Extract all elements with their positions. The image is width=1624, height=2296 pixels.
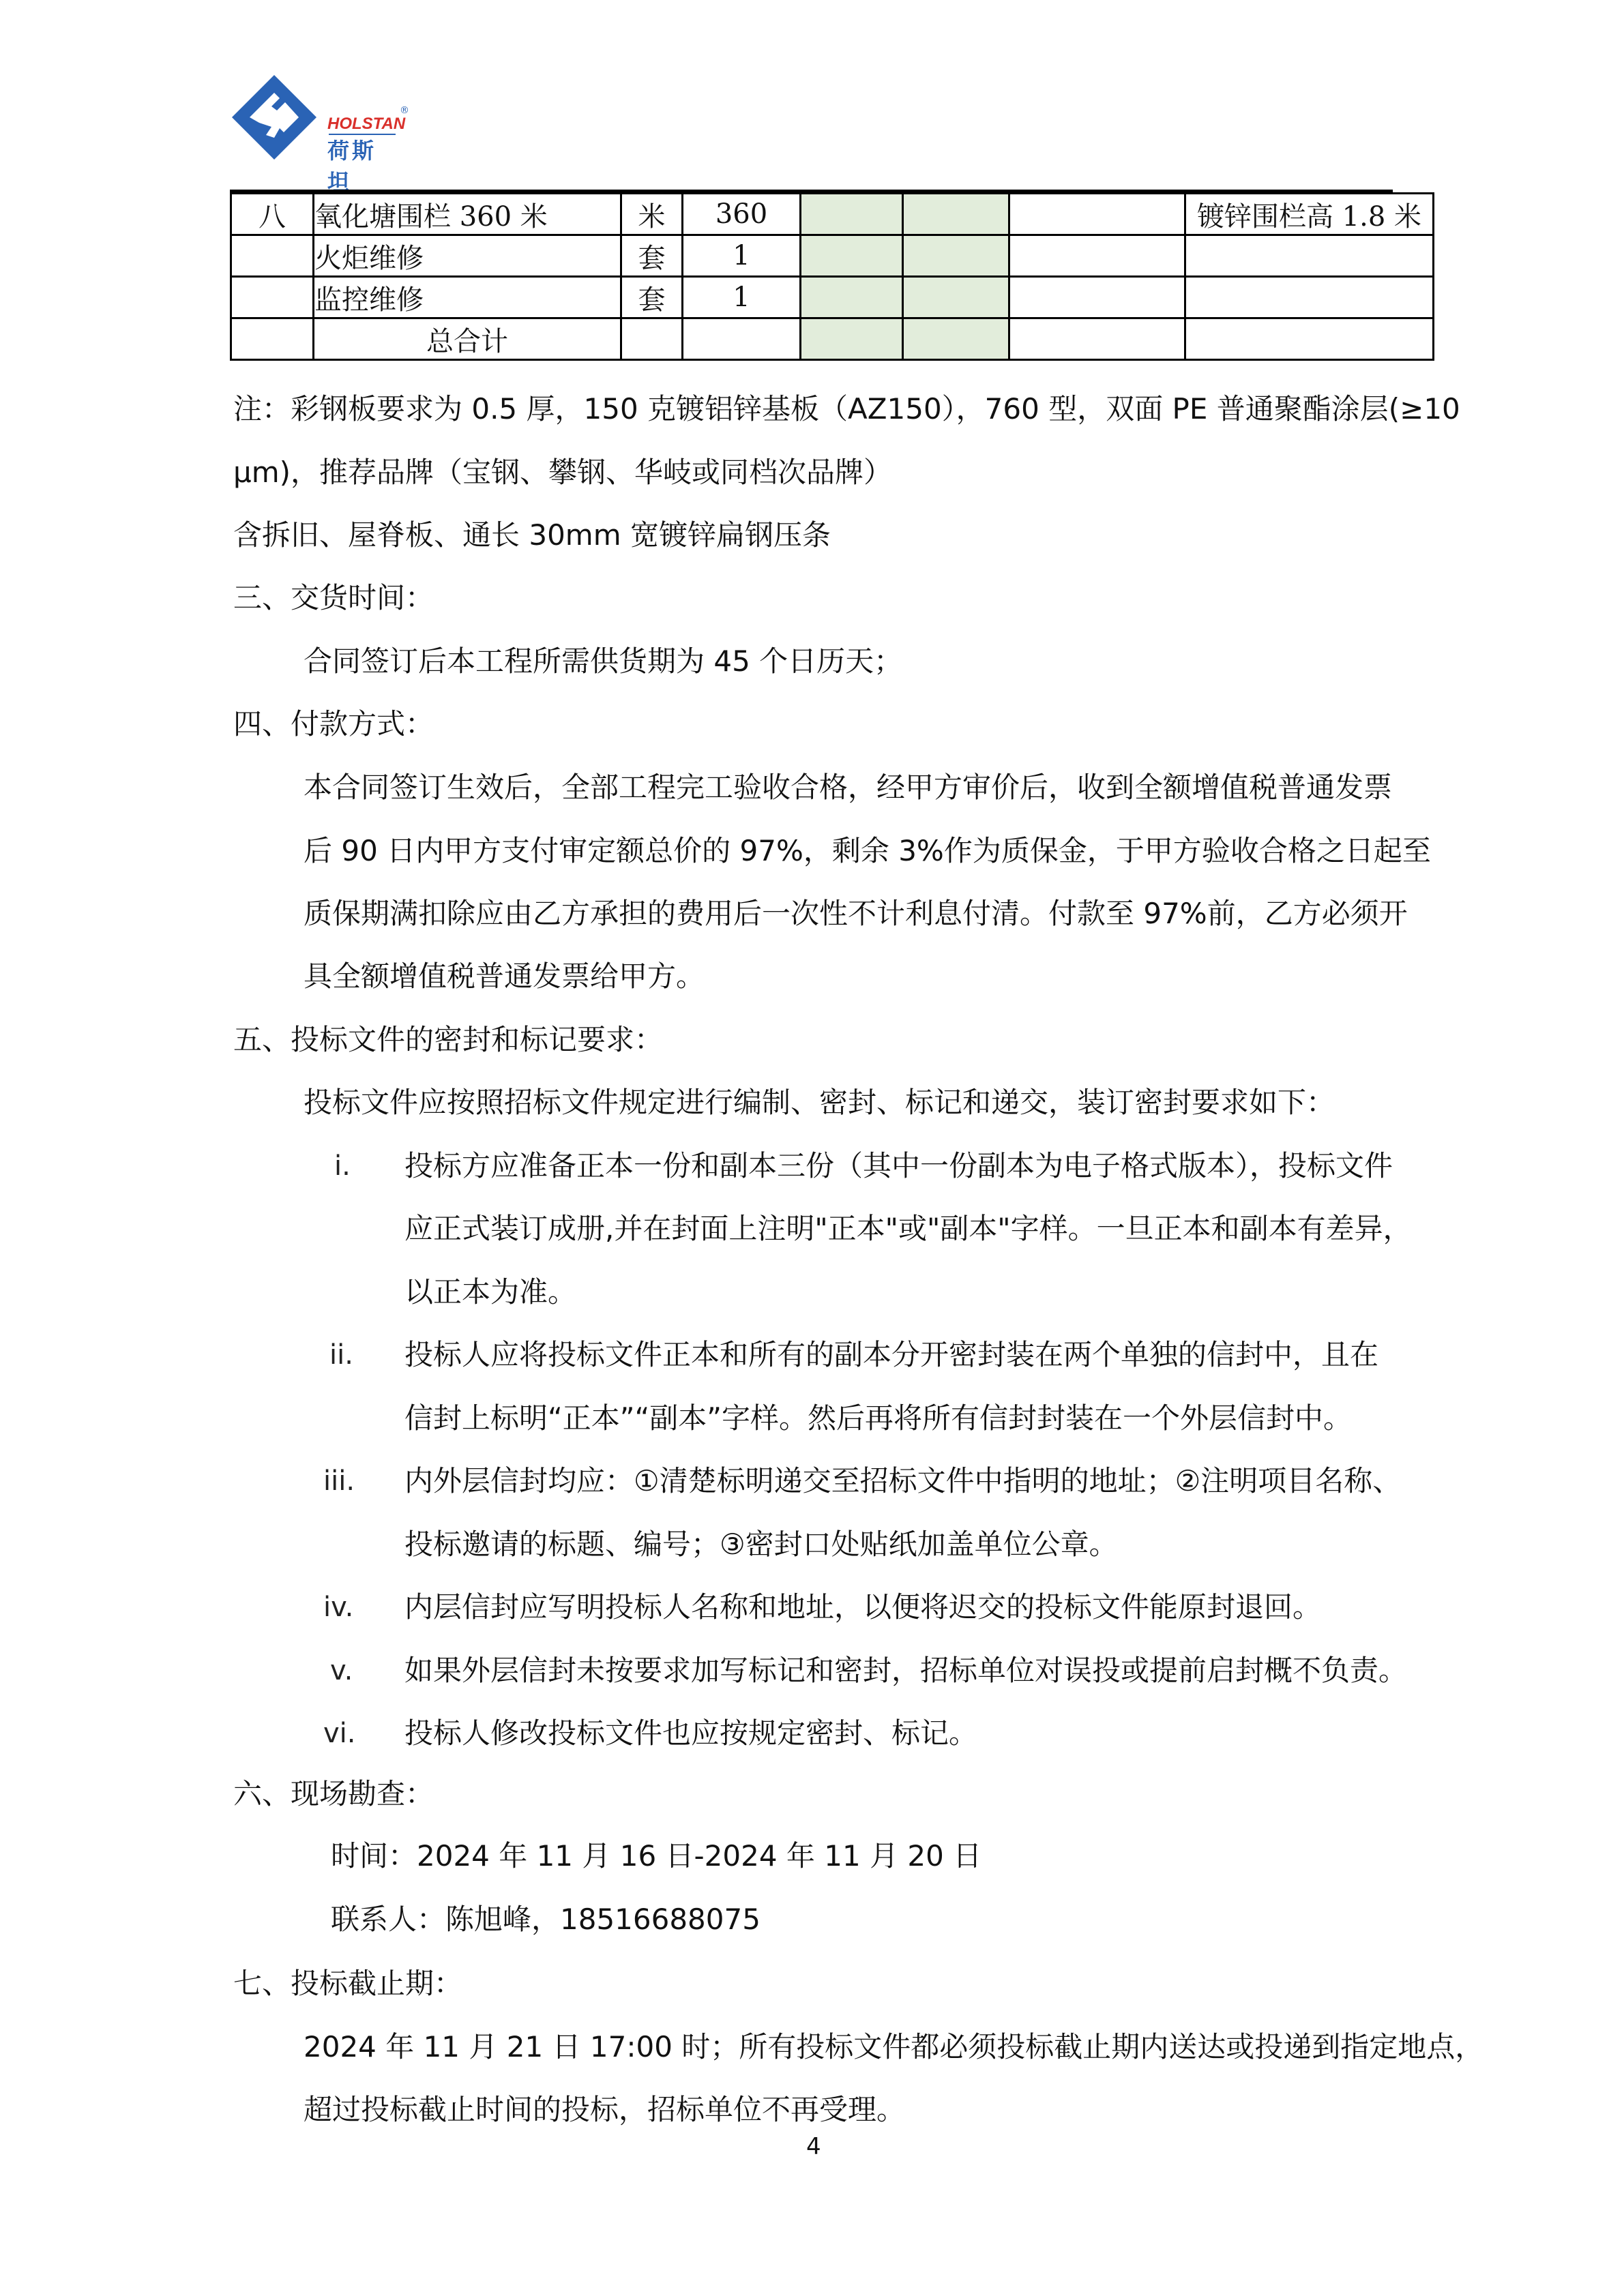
section-heading-deadline: 七、投标截止期： xyxy=(233,1966,462,2001)
cell-unit xyxy=(621,318,683,360)
cell-total-amount[interactable] xyxy=(903,318,1009,360)
list-item-line: 内层信封应写明投标人名称和地址，以便将迟交的投标文件能原封退回。 xyxy=(404,1590,1321,1625)
cell-total-price[interactable] xyxy=(801,318,903,360)
cow-head-logo-icon xyxy=(232,75,334,164)
note-line-1: 注：彩钢板要求为 0.5 厚，150 克镀铝锌基板（AZ150），760 型，双… xyxy=(233,391,1460,427)
cell-quantity xyxy=(683,318,801,360)
delivery-body: 合同签订后本工程所需供货期为 45 个日历天； xyxy=(304,644,902,679)
cell-remark xyxy=(1185,318,1434,360)
note-line-2: μm)，推荐品牌（宝钢、攀钢、华岐或同档次品牌） xyxy=(233,455,892,490)
cell-item-name: 氧化塘围栏 360 米 xyxy=(314,194,621,235)
list-number: iii. xyxy=(323,1463,355,1499)
section-heading-site-visit: 六、现场勘查： xyxy=(233,1776,434,1812)
list-item-line: 如果外层信封未按要求加写标记和密封，招标单位对误投或提前启封概不负责。 xyxy=(404,1653,1407,1688)
cell-quantity: 1 xyxy=(683,235,801,277)
cell-unit: 米 xyxy=(621,194,683,235)
cell-quantity: 1 xyxy=(683,277,801,318)
page-number: 4 xyxy=(806,2133,821,2160)
company-logo: ® HOLSTAN 荷斯坦 xyxy=(232,75,396,164)
cell-total-label: 总合计 xyxy=(314,318,621,360)
list-item-line: 投标人应将投标文件正本和所有的副本分开密封装在两个单独的信封中，且在 xyxy=(404,1337,1378,1373)
table-total-row: 总合计 xyxy=(231,318,1434,360)
logo-brand-cn: 荷斯坦 xyxy=(327,134,396,196)
list-item-line: 投标邀请的标题、编号；③密封口处贴纸加盖单位公章。 xyxy=(404,1527,1118,1562)
items-table: 八 氧化塘围栏 360 米 米 360 镀锌围栏高 1.8 米 火炬维修 套 1… xyxy=(230,192,1434,361)
cell-blank xyxy=(1009,235,1185,277)
table-row: 八 氧化塘围栏 360 米 米 360 镀锌围栏高 1.8 米 xyxy=(231,194,1434,235)
payment-line: 本合同签订生效后，全部工程完工验收合格，经甲方审价后，收到全额增值税普通发票 xyxy=(304,770,1392,805)
site-visit-time: 时间：2024 年 11 月 16 日-2024 年 11 月 20 日 xyxy=(331,1838,981,1874)
list-item-line: 投标方应准备正本一份和副本三份（其中一份副本为电子格式版本），投标文件 xyxy=(404,1148,1393,1184)
cell-unit-price[interactable] xyxy=(801,194,903,235)
list-number: ii. xyxy=(329,1337,353,1373)
table-row: 火炬维修 套 1 xyxy=(231,235,1434,277)
cell-remark xyxy=(1185,235,1434,277)
list-item-line: 以正本为准。 xyxy=(404,1274,576,1310)
cell-unit: 套 xyxy=(621,235,683,277)
section-heading-sealing: 五、投标文件的密封和标记要求： xyxy=(233,1022,663,1058)
list-item-line: 内外层信封均应：①清楚标明递交至招标文件中指明的地址；②注明项目名称、 xyxy=(404,1463,1401,1499)
cell-blank xyxy=(1009,318,1185,360)
cell-unit: 套 xyxy=(621,277,683,318)
list-item-line: 应正式装订成册,并在封面上注明"正本"或"副本"字样。一旦正本和副本有差异， xyxy=(404,1211,1412,1247)
list-item-line: 投标人修改投标文件也应按规定密封、标记。 xyxy=(404,1716,977,1751)
cell-amount[interactable] xyxy=(903,194,1009,235)
cell-index: 八 xyxy=(231,194,314,235)
cell-index xyxy=(231,318,314,360)
sealing-intro: 投标文件应按照招标文件规定进行编制、密封、标记和递交，装订密封要求如下： xyxy=(304,1085,1335,1120)
cell-quantity: 360 xyxy=(683,194,801,235)
deadline-line: 2024 年 11 月 21 日 17:00 时；所有投标文件都必须投标截止期内… xyxy=(304,2029,1483,2065)
cell-unit-price[interactable] xyxy=(801,235,903,277)
section-heading-payment: 四、付款方式： xyxy=(233,706,434,742)
list-item-line: 信封上标明“正本”“副本”字样。然后再将所有信封封装在一个外层信封中。 xyxy=(404,1401,1352,1436)
items-table-wrapper: 八 氧化塘围栏 360 米 米 360 镀锌围栏高 1.8 米 火炬维修 套 1… xyxy=(230,192,1434,361)
note-line-3: 含拆旧、屋脊板、通长 30mm 宽镀锌扁钢压条 xyxy=(233,518,831,553)
table-row: 监控维修 套 1 xyxy=(231,277,1434,318)
section-heading-delivery: 三、交货时间： xyxy=(233,580,434,616)
cell-remark: 镀锌围栏高 1.8 米 xyxy=(1185,194,1434,235)
list-number: vi. xyxy=(323,1716,356,1751)
cell-index xyxy=(231,235,314,277)
list-number: i. xyxy=(334,1148,351,1184)
list-number: iv. xyxy=(323,1590,353,1625)
cell-remark xyxy=(1185,277,1434,318)
cell-unit-price[interactable] xyxy=(801,277,903,318)
cell-index xyxy=(231,277,314,318)
payment-line: 后 90 日内甲方支付审定额总价的 97%，剩余 3%作为质保金，于甲方验收合格… xyxy=(304,833,1431,869)
site-visit-contact: 联系人：陈旭峰，18516688075 xyxy=(331,1902,761,1937)
cell-amount[interactable] xyxy=(903,277,1009,318)
payment-line: 具全额增值税普通发票给甲方。 xyxy=(304,959,705,994)
cell-item-name: 火炬维修 xyxy=(314,235,621,277)
cell-amount[interactable] xyxy=(903,235,1009,277)
list-number: v. xyxy=(330,1653,353,1688)
deadline-line: 超过投标截止时间的投标，招标单位不再受理。 xyxy=(304,2092,905,2128)
payment-line: 质保期满扣除应由乙方承担的费用后一次性不计利息付清。付款至 97%前，乙方必须开 xyxy=(304,896,1408,931)
cell-blank xyxy=(1009,194,1185,235)
cell-blank xyxy=(1009,277,1185,318)
cell-item-name: 监控维修 xyxy=(314,277,621,318)
logo-brand-en: HOLSTAN xyxy=(327,115,405,134)
